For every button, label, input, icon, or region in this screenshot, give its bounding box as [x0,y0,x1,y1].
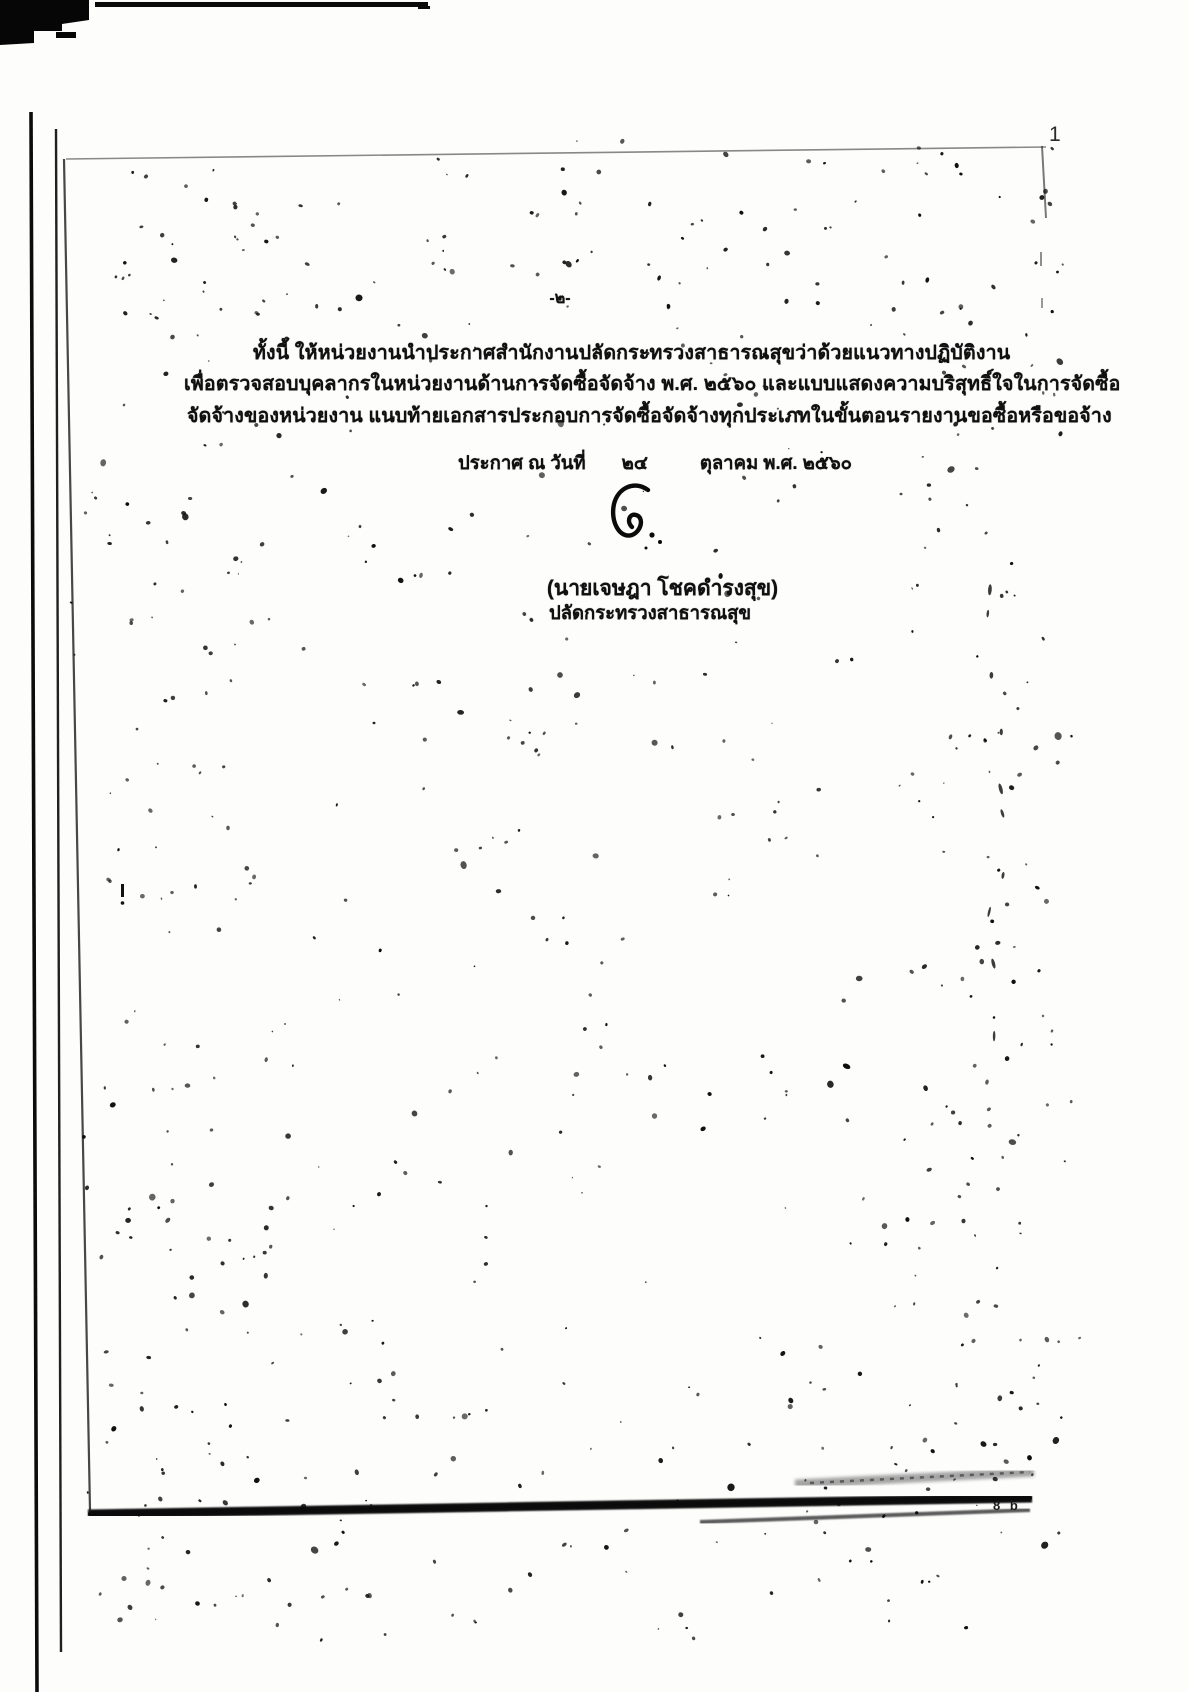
stray-mark-artifact [121,884,124,897]
frame-bottom-line [88,1498,1032,1514]
footer-stray-mark: 8 b [993,1498,1021,1513]
frame-top-line [66,147,1046,159]
scan-noise-layer [0,0,1189,1692]
corner-page-mark: 1 [1049,123,1061,147]
corner-blob-artifact [0,0,89,45]
top-edge-line-artifact [95,2,428,7]
paragraph-line: จัดจ้างของหน่วยงาน แนบท้ายเอกสารประกอบกา… [187,400,1112,431]
frame-right-line [1042,146,1046,218]
issued-date-month-year: ตุลาคม พ.ศ. ๒๕๖๐ [700,449,852,478]
left-rule-line-artifact [56,129,61,1652]
signer-title: ปลัดกระทรวงสาธารณสุข [515,599,785,628]
signature-mark [596,482,680,558]
scan-artifacts [0,0,1189,1692]
smudge-band-artifact [795,1472,1034,1484]
scanned-document-page: -๒- ทั้งนี้ ให้หน่วยงานนำประกาศสำนักงานป… [0,0,1189,1692]
left-rule-line-artifact [31,112,37,1692]
paragraph-line: เพื่อตรวจสอบบุคลากรในหน่วยงานด้านการจัดซ… [184,368,1121,399]
frame-left-line [64,159,90,1510]
issued-date-prefix: ประกาศ ณ วันที่ [458,449,586,478]
issued-date-day: ๒๔ [622,449,648,478]
paragraph-line: ทั้งนี้ ให้หน่วยงานนำประกาศสำนักงานปลัดก… [253,337,1010,368]
issued-date-line: ประกาศ ณ วันที่ ๒๔ ตุลาคม พ.ศ. ๒๕๖๐ [458,449,852,478]
page-number: -๒- [525,286,595,311]
